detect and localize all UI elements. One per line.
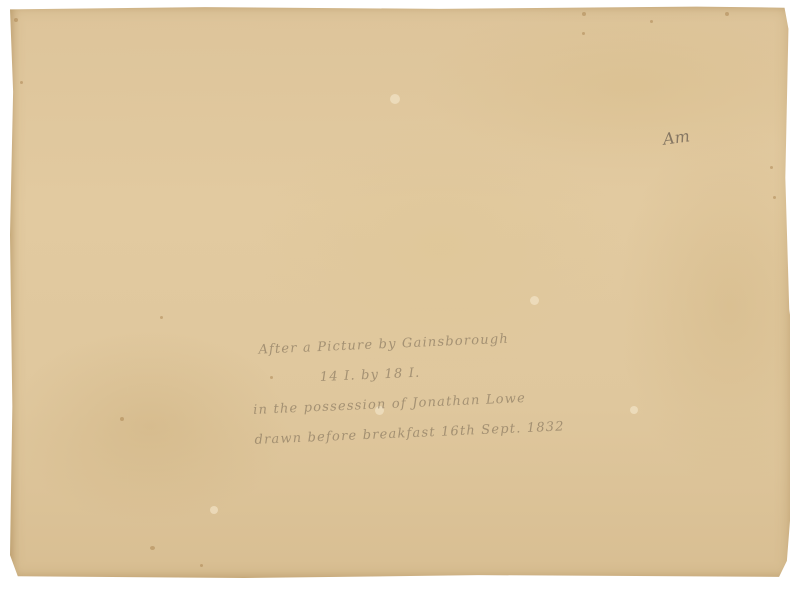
paper-blemish — [530, 296, 539, 305]
paper-blemish — [210, 506, 218, 514]
foxing-spot — [20, 81, 23, 84]
foxing-spot — [773, 196, 776, 199]
foxing-spot — [200, 564, 203, 567]
foxing-spot — [150, 546, 155, 550]
corner-mark: Am — [662, 126, 691, 149]
foxing-spot — [770, 166, 773, 169]
scan-canvas: Am After a Picture by Gainsborough 14 I.… — [0, 0, 800, 593]
foxing-spot — [14, 18, 18, 22]
paper-blemish — [390, 94, 400, 104]
paper-blemish — [630, 406, 638, 414]
foxing-spot — [582, 12, 586, 16]
pencil-inscription: After a Picture by Gainsborough 14 I. by… — [250, 320, 615, 456]
paper-sheet — [10, 6, 790, 578]
foxing-spot — [650, 20, 653, 23]
foxing-spot — [725, 12, 729, 16]
foxing-spot — [582, 32, 585, 35]
foxing-spot — [120, 417, 124, 421]
foxing-spot — [160, 316, 163, 319]
